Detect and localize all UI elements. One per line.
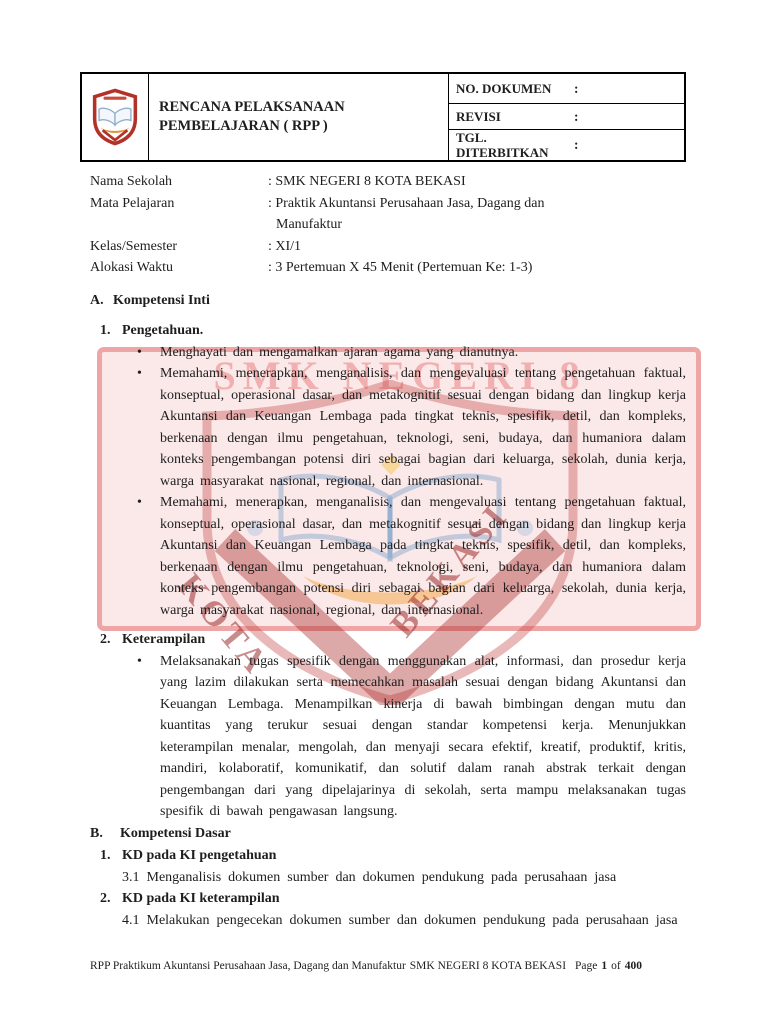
meta-label: Mata Pelajaran	[90, 193, 268, 236]
header-field-no-dokumen: NO. DOKUMEN :	[449, 74, 684, 104]
list-item: • Memahami, menerapkan, menganalisis, da…	[137, 363, 686, 492]
meta-label: Nama Sekolah	[90, 171, 268, 193]
bullet-icon: •	[137, 342, 160, 364]
document-page: SMK NEGERI 8 KOTA BEKASI	[0, 0, 768, 1024]
subsection-number: 2.	[100, 629, 122, 651]
kd-number: 1.	[100, 845, 122, 867]
meta-value: : Praktik Akuntansi Perusahaan Jasa, Dag…	[268, 193, 690, 236]
meta-value: : XI/1	[268, 236, 301, 258]
section-title: Kompetensi Dasar	[120, 826, 231, 841]
footer-page-current: 1	[601, 960, 607, 972]
meta-row-nama-sekolah: Nama Sekolah : SMK NEGERI 8 KOTA BEKASI	[90, 171, 690, 193]
list-item: • Memahami, menerapkan, menganalisis, da…	[137, 492, 686, 621]
footer-doc-label: RPP Praktikum Akuntansi Perusahaan Jasa,…	[90, 960, 406, 972]
section-kompetensi-dasar: B.Kompetensi Dasar 1.KD pada KI pengetah…	[90, 823, 686, 931]
section-a-heading: A.Kompetensi Inti	[90, 290, 686, 312]
section-kompetensi-inti: A.Kompetensi Inti 1.Pengetahuan. • Mengh…	[90, 290, 686, 823]
field-colon: :	[574, 137, 579, 153]
kd-item-keterampilan: 2.KD pada KI keterampilan 4.1 Melakukan …	[90, 888, 686, 931]
section-letter: B.	[90, 823, 120, 845]
kd-item-pengetahuan: 1.KD pada KI pengetahuan 3.1 Menganalisi…	[90, 845, 686, 888]
bullet-icon: •	[137, 363, 160, 492]
footer-page-total: 400	[625, 960, 642, 972]
pengetahuan-bullet-list: • Menghayati dan mengamalkan ajaran agam…	[137, 342, 686, 622]
meta-value: : 3 Pertemuan X 45 Menit (Pertemuan Ke: …	[268, 257, 532, 279]
document-title-line1: RENCANA PELAKSANAAN	[159, 98, 448, 117]
kd-body-text: 3.1 Menganalisis dokumen sumber dan doku…	[122, 867, 686, 889]
kd-body-text: 4.1 Melakukan pengecekan dokumen sumber …	[122, 910, 686, 932]
meta-label: Alokasi Waktu	[90, 257, 268, 279]
meta-value: : SMK NEGERI 8 KOTA BEKASI	[268, 171, 466, 193]
bullet-icon: •	[137, 492, 160, 621]
section-letter: A.	[90, 290, 113, 312]
subsection-pengetahuan: 1.Pengetahuan.	[100, 320, 686, 342]
school-meta-block: Nama Sekolah : SMK NEGERI 8 KOTA BEKASI …	[90, 171, 690, 279]
meta-value-line1: : Praktik Akuntansi Perusahaan Jasa, Dag…	[268, 193, 690, 215]
field-label: NO. DOKUMEN	[456, 81, 574, 96]
section-b-heading: B.Kompetensi Dasar	[90, 823, 686, 845]
logo-cell	[82, 74, 149, 160]
document-title-line2: PEMBELAJARAN ( RPP )	[159, 117, 448, 136]
subsection-title: Pengetahuan.	[122, 323, 203, 338]
subsection-keterampilan: 2.Keterampilan	[100, 629, 686, 651]
list-item: • Menghayati dan mengamalkan ajaran agam…	[137, 342, 686, 364]
kd-title: KD pada KI keterampilan	[122, 891, 280, 906]
field-label: TGL. DITERBITKAN	[456, 130, 574, 160]
field-colon: :	[574, 109, 579, 125]
kd-number: 2.	[100, 888, 122, 910]
kd-heading: 2.KD pada KI keterampilan	[100, 888, 686, 910]
meta-row-kelas-semester: Kelas/Semester : XI/1	[90, 236, 690, 258]
document-header-table: RENCANA PELAKSANAAN PEMBELAJARAN ( RPP )…	[80, 72, 686, 162]
meta-label: Kelas/Semester	[90, 236, 268, 258]
page-footer: RPP Praktikum Akuntansi Perusahaan Jasa,…	[90, 959, 690, 973]
document-content: RENCANA PELAKSANAAN PEMBELAJARAN ( RPP )…	[0, 0, 768, 1024]
bullet-text: Memahami, menerapkan, menganalisis, dan …	[160, 363, 686, 492]
subsection-number: 1.	[100, 320, 122, 342]
meta-value-line2: Manufaktur	[268, 214, 690, 236]
section-title: Kompetensi Inti	[113, 293, 210, 308]
bullet-icon: •	[137, 651, 160, 823]
bullet-text: Melaksanakan tugas spesifik dengan mengg…	[160, 651, 686, 823]
bullet-text: Menghayati dan mengamalkan ajaran agama …	[160, 342, 686, 364]
bullet-text: Memahami, menerapkan, menganalisis, dan …	[160, 492, 686, 621]
footer-of-word: of	[611, 960, 621, 972]
header-field-tgl-diterbitkan: TGL. DITERBITKAN :	[449, 130, 684, 160]
kd-title: KD pada KI pengetahuan	[122, 848, 276, 863]
meta-row-mata-pelajaran: Mata Pelajaran : Praktik Akuntansi Perus…	[90, 193, 690, 236]
header-fields: NO. DOKUMEN : REVISI : TGL. DITERBITKAN …	[449, 74, 684, 160]
field-colon: :	[574, 81, 579, 97]
footer-page-word: Page	[575, 960, 597, 972]
school-crest-icon	[92, 88, 138, 146]
kd-heading: 1.KD pada KI pengetahuan	[100, 845, 686, 867]
keterampilan-bullet-list: • Melaksanakan tugas spesifik dengan men…	[137, 651, 686, 823]
meta-row-alokasi-waktu: Alokasi Waktu : 3 Pertemuan X 45 Menit (…	[90, 257, 690, 279]
footer-school-name: SMK NEGERI 8 KOTA BEKASI	[410, 960, 566, 972]
list-item: • Melaksanakan tugas spesifik dengan men…	[137, 651, 686, 823]
header-field-revisi: REVISI :	[449, 104, 684, 130]
subsection-title: Keterampilan	[122, 632, 205, 647]
document-title: RENCANA PELAKSANAAN PEMBELAJARAN ( RPP )	[149, 74, 449, 160]
field-label: REVISI	[456, 109, 574, 124]
